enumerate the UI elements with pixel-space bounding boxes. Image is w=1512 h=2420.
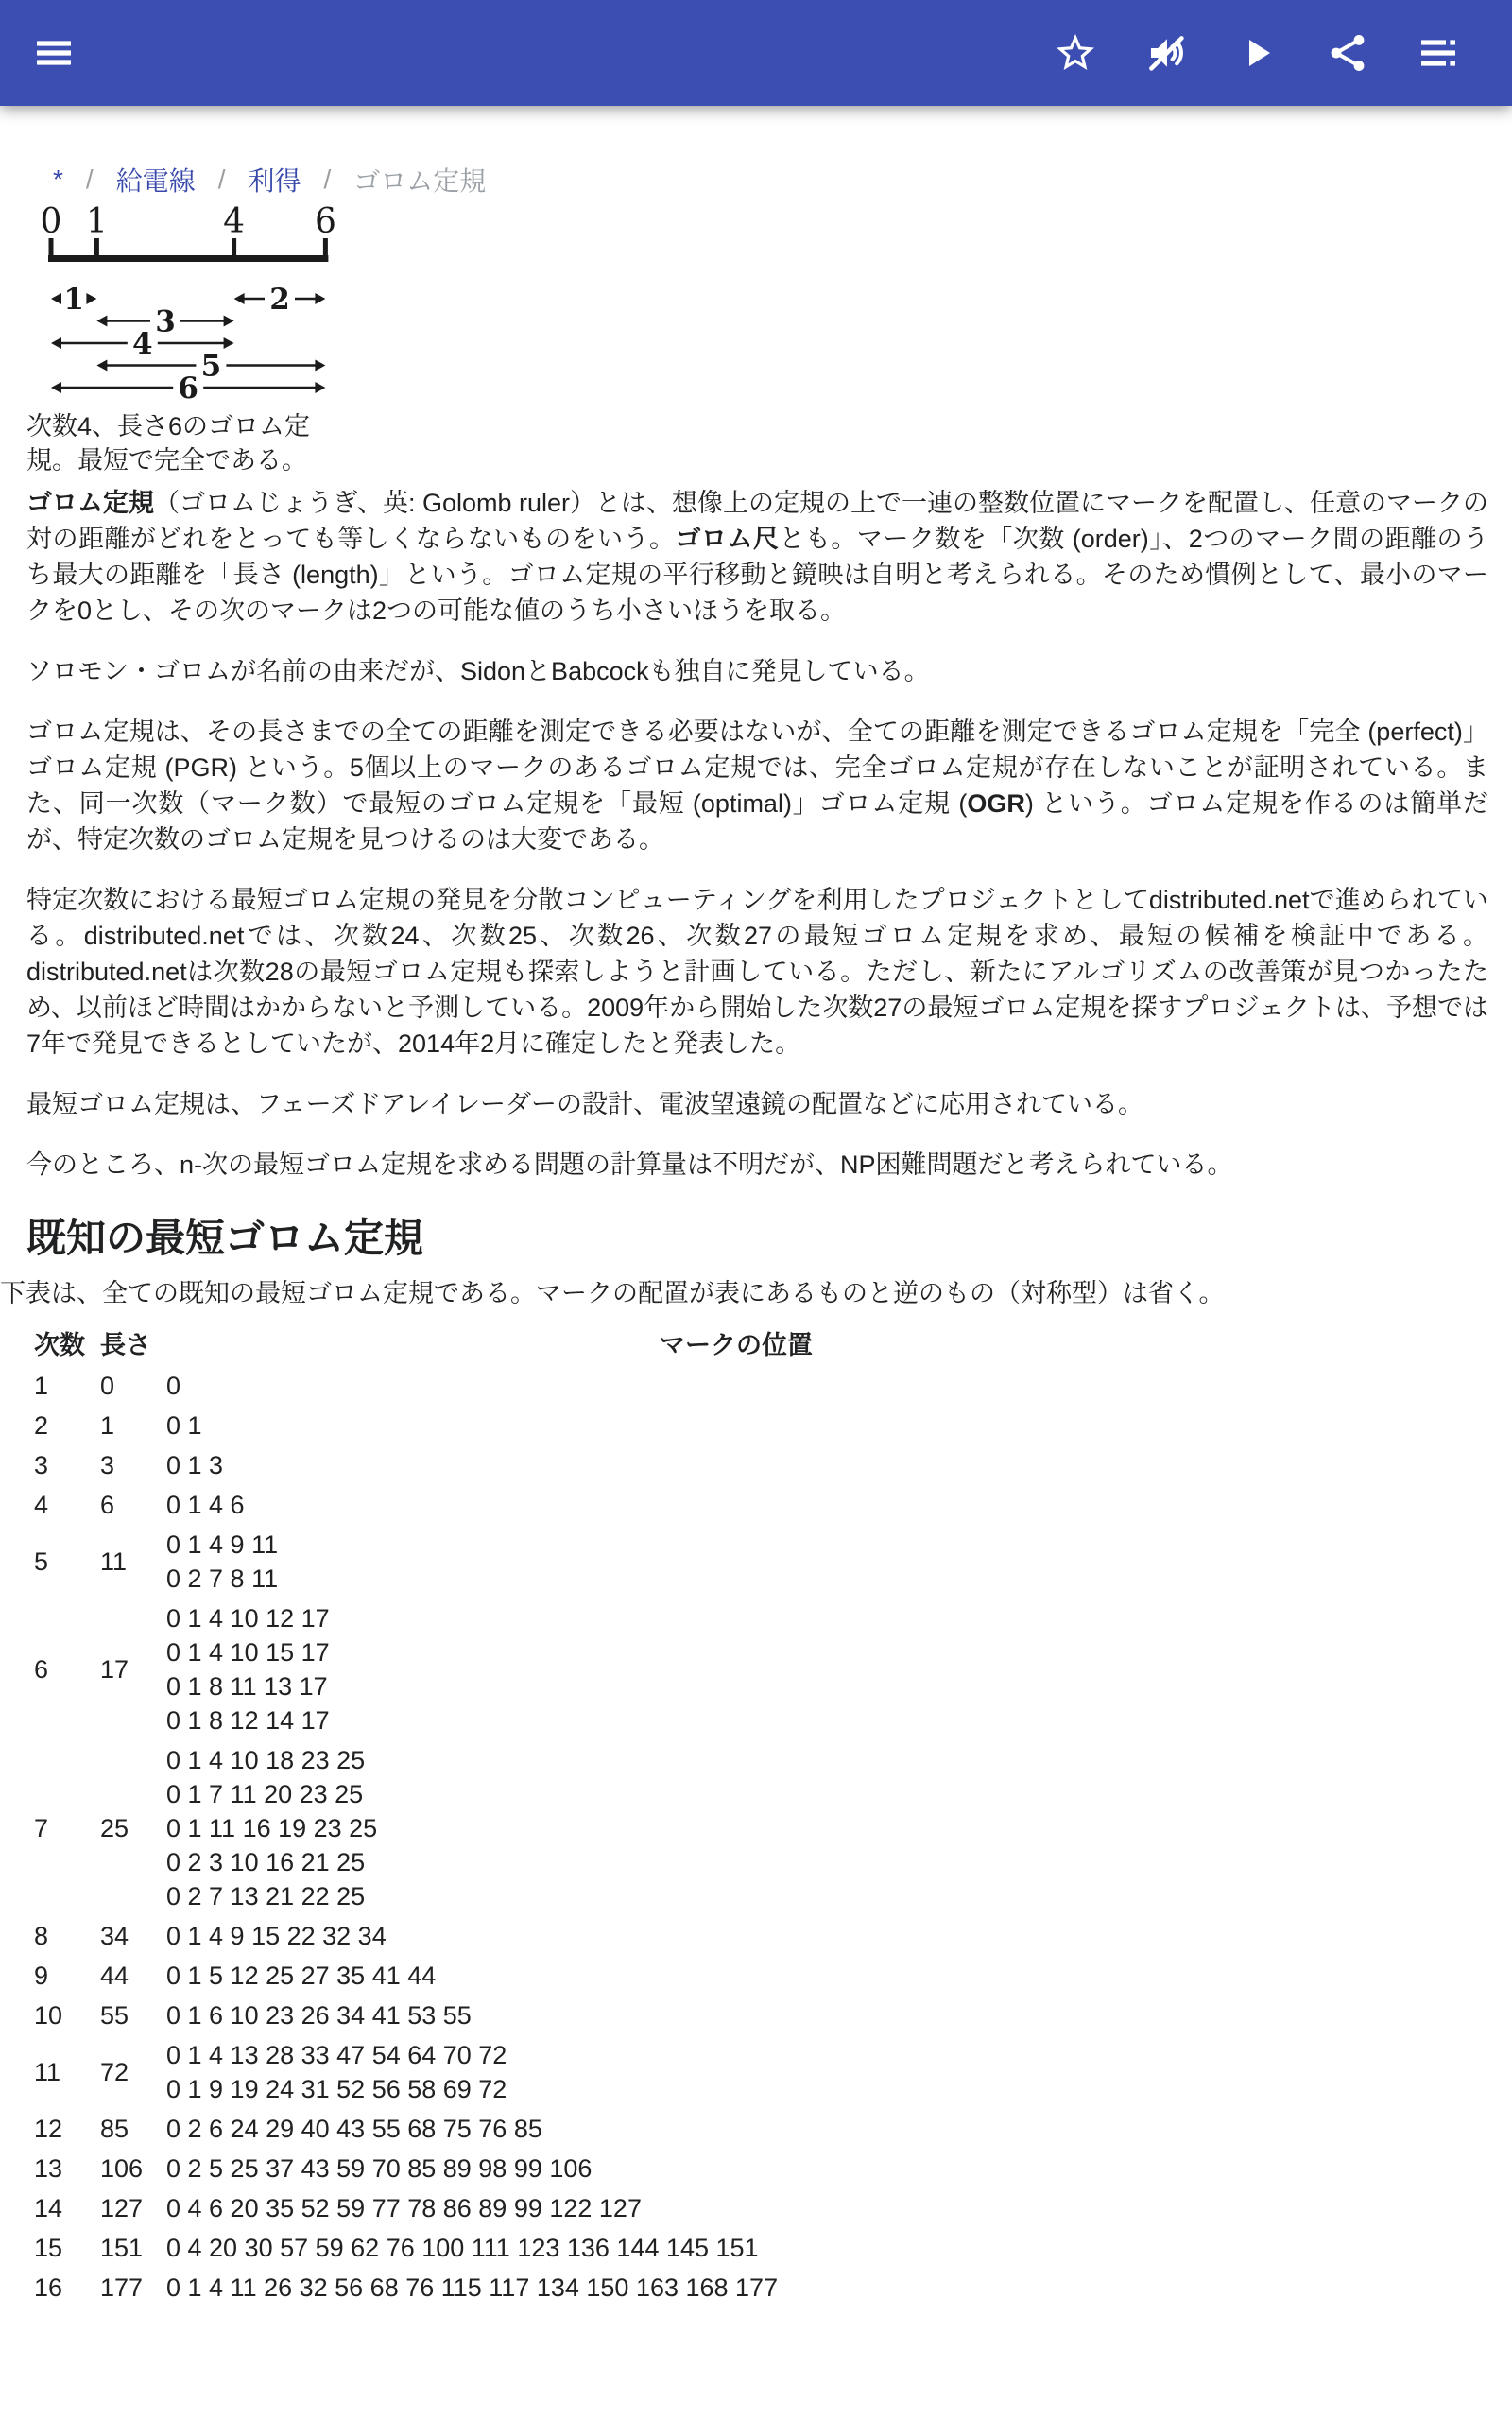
table-row-order-15: 151510 4 20 30 57 59 62 76 100 111 123 1… [26, 2228, 1314, 2268]
mark-positions-line: 0 2 6 24 29 40 43 55 68 75 76 85 [166, 2112, 1306, 2146]
ruler-table-body: 100210 1330 1 3460 1 4 65110 1 4 9 110 2… [26, 1366, 1314, 2308]
mark-positions-line: 0 1 5 12 25 27 35 41 44 [166, 1959, 1306, 1993]
header-positions: マークの位置 [159, 1324, 1314, 1366]
mark-positions-line: 0 2 7 13 21 22 25 [166, 1879, 1306, 1913]
menu-icon[interactable] [31, 30, 77, 76]
mark-positions-line: 0 2 7 8 11 [166, 1562, 1306, 1596]
breadcrumb-separator: / [86, 164, 94, 195]
paragraph-6: 今のところ、n-次の最短ゴロム定規を求める問題の計算量は不明だが、NP困難問題だ… [26, 1147, 1488, 1183]
mark-positions-line: 0 1 3 [166, 1448, 1306, 1482]
table-header-row: 次数 長さ マークの位置 [26, 1324, 1314, 1366]
mark-positions-line: 0 2 3 10 16 21 25 [166, 1845, 1306, 1879]
volume-off-icon[interactable] [1143, 30, 1189, 76]
ruler-image: 0146123456 [26, 199, 352, 400]
table-row-order-3: 330 1 3 [26, 1445, 1314, 1485]
header-order: 次数 [26, 1324, 93, 1366]
mark-positions-line: 0 1 9 19 24 31 52 56 58 69 72 [166, 2072, 1306, 2106]
mark-positions-line: 0 [166, 1369, 1306, 1403]
breadcrumb-separator: / [218, 164, 226, 195]
play-icon[interactable] [1234, 30, 1280, 76]
mark-positions-line: 0 1 11 16 19 23 25 [166, 1811, 1306, 1845]
table-row-order-9: 9440 1 5 12 25 27 35 41 44 [26, 1956, 1314, 1996]
appbar-actions [1053, 30, 1461, 76]
svg-text:5: 5 [201, 350, 222, 384]
svg-text:3: 3 [155, 305, 176, 339]
mark-positions-line: 0 1 4 9 11 [166, 1528, 1306, 1562]
table-row-order-6: 6170 1 4 10 12 170 1 4 10 15 170 1 8 11 … [26, 1599, 1314, 1740]
optimal-rulers-table: 次数 長さ マークの位置 100210 1330 1 3460 1 4 6511… [26, 1324, 1314, 2308]
svg-text:1: 1 [86, 202, 108, 241]
mark-positions-line: 0 4 20 30 57 59 62 76 100 111 123 136 14… [166, 2231, 1306, 2265]
breadcrumb-link-1[interactable]: 給電線 [116, 161, 196, 199]
paragraph-5: 最短ゴロム定規は、フェーズドアレイレーダーの設計、電波望遠鏡の配置などに応用され… [26, 1086, 1488, 1122]
mark-positions-line: 0 1 4 6 [166, 1488, 1306, 1522]
svg-text:2: 2 [269, 283, 290, 317]
paragraph-2: ソロモン・ゴロムが名前の由来だが、SidonとBabcockも独自に発見している… [26, 653, 1488, 689]
mark-positions-line: 0 1 8 12 14 17 [166, 1703, 1306, 1737]
table-row-order-11: 11720 1 4 13 28 33 47 54 64 70 720 1 9 1… [26, 2035, 1314, 2109]
breadcrumb-current-page: ゴロム定規 [353, 161, 486, 199]
table-row-order-16: 161770 1 4 11 26 32 56 68 76 115 117 134… [26, 2268, 1314, 2308]
paragraph-3: ゴロム定規は、その長さまでの全ての距離を測定できる必要はないが、全ての距離を測定… [26, 714, 1488, 857]
table-row-order-7: 7250 1 4 10 18 23 250 1 7 11 20 23 250 1… [26, 1740, 1314, 1916]
toc-icon[interactable] [1416, 30, 1461, 76]
share-icon[interactable] [1325, 30, 1370, 76]
paragraph-4: 特定次数における最短ゴロム定規の発見を分散コンピューティングを利用したプロジェク… [26, 882, 1488, 1062]
figure-caption: 次数4、長さ6のゴロム定規。最短で完全である。 [26, 409, 333, 477]
mark-positions-line: 0 1 7 11 20 23 25 [166, 1777, 1306, 1811]
table-row-order-14: 141270 4 6 20 35 52 59 77 78 86 89 99 12… [26, 2188, 1314, 2228]
svg-text:6: 6 [315, 202, 336, 241]
section-intro: 下表は、全ての既知の最短ゴロム定規である。マークの配置が表にあるものと逆のもの（… [0, 1275, 1512, 1311]
breadcrumb-root-link[interactable]: * [53, 164, 63, 195]
breadcrumb-separator: / [324, 164, 332, 195]
svg-text:4: 4 [223, 202, 245, 241]
table-row-order-4: 460 1 4 6 [26, 1485, 1314, 1525]
mark-positions-line: 0 2 5 25 37 43 59 70 85 89 98 99 106 [166, 2152, 1306, 2186]
breadcrumb: * / 給電線 / 利得 / ゴロム定規 [53, 161, 1486, 199]
breadcrumb-link-2[interactable]: 利得 [248, 161, 301, 199]
table-row-order-8: 8340 1 4 9 15 22 32 34 [26, 1916, 1314, 1956]
star-outline-icon[interactable] [1053, 30, 1098, 76]
table-row-order-1: 100 [26, 1366, 1314, 1406]
svg-text:0: 0 [41, 202, 62, 241]
svg-text:6: 6 [178, 372, 198, 400]
mark-positions-line: 0 1 8 11 13 17 [166, 1669, 1306, 1703]
svg-text:4: 4 [132, 327, 153, 361]
mark-positions-line: 0 1 4 10 12 17 [166, 1601, 1306, 1635]
app-bar [0, 0, 1512, 106]
table-row-order-10: 10550 1 6 10 23 26 34 41 53 55 [26, 1996, 1314, 2035]
article-paragraphs: ゴロム定規（ゴロムじょうぎ、英: Golomb ruler）とは、想像上の定規の… [26, 485, 1488, 1183]
header-length: 長さ [93, 1324, 159, 1366]
table-row-order-2: 210 1 [26, 1406, 1314, 1445]
mark-positions-line: 0 1 4 11 26 32 56 68 76 115 117 134 150 … [166, 2271, 1306, 2305]
mark-positions-line: 0 1 4 10 18 23 25 [166, 1743, 1306, 1777]
paragraph-1: ゴロム定規（ゴロムじょうぎ、英: Golomb ruler）とは、想像上の定規の… [26, 485, 1488, 629]
table-row-order-13: 131060 2 5 25 37 43 59 70 85 89 98 99 10… [26, 2149, 1314, 2188]
mark-positions-line: 0 1 4 10 15 17 [166, 1635, 1306, 1669]
table-row-order-5: 5110 1 4 9 110 2 7 8 11 [26, 1525, 1314, 1599]
svg-text:1: 1 [63, 283, 84, 317]
mark-positions-line: 0 4 6 20 35 52 59 77 78 86 89 99 122 127 [166, 2191, 1306, 2225]
mark-positions-line: 0 1 6 10 23 26 34 41 53 55 [166, 1998, 1306, 2032]
golomb-ruler-figure[interactable]: 0146123456 次数4、長さ6のゴロム定規。最短で完全である。 [26, 199, 352, 477]
section-heading: 既知の最短ゴロム定規 [26, 1215, 1486, 1262]
mark-positions-line: 0 1 4 13 28 33 47 54 64 70 72 [166, 2038, 1306, 2072]
table-row-order-12: 12850 2 6 24 29 40 43 55 68 75 76 85 [26, 2109, 1314, 2149]
mark-positions-line: 0 1 [166, 1409, 1306, 1443]
mark-positions-line: 0 1 4 9 15 22 32 34 [166, 1919, 1306, 1953]
